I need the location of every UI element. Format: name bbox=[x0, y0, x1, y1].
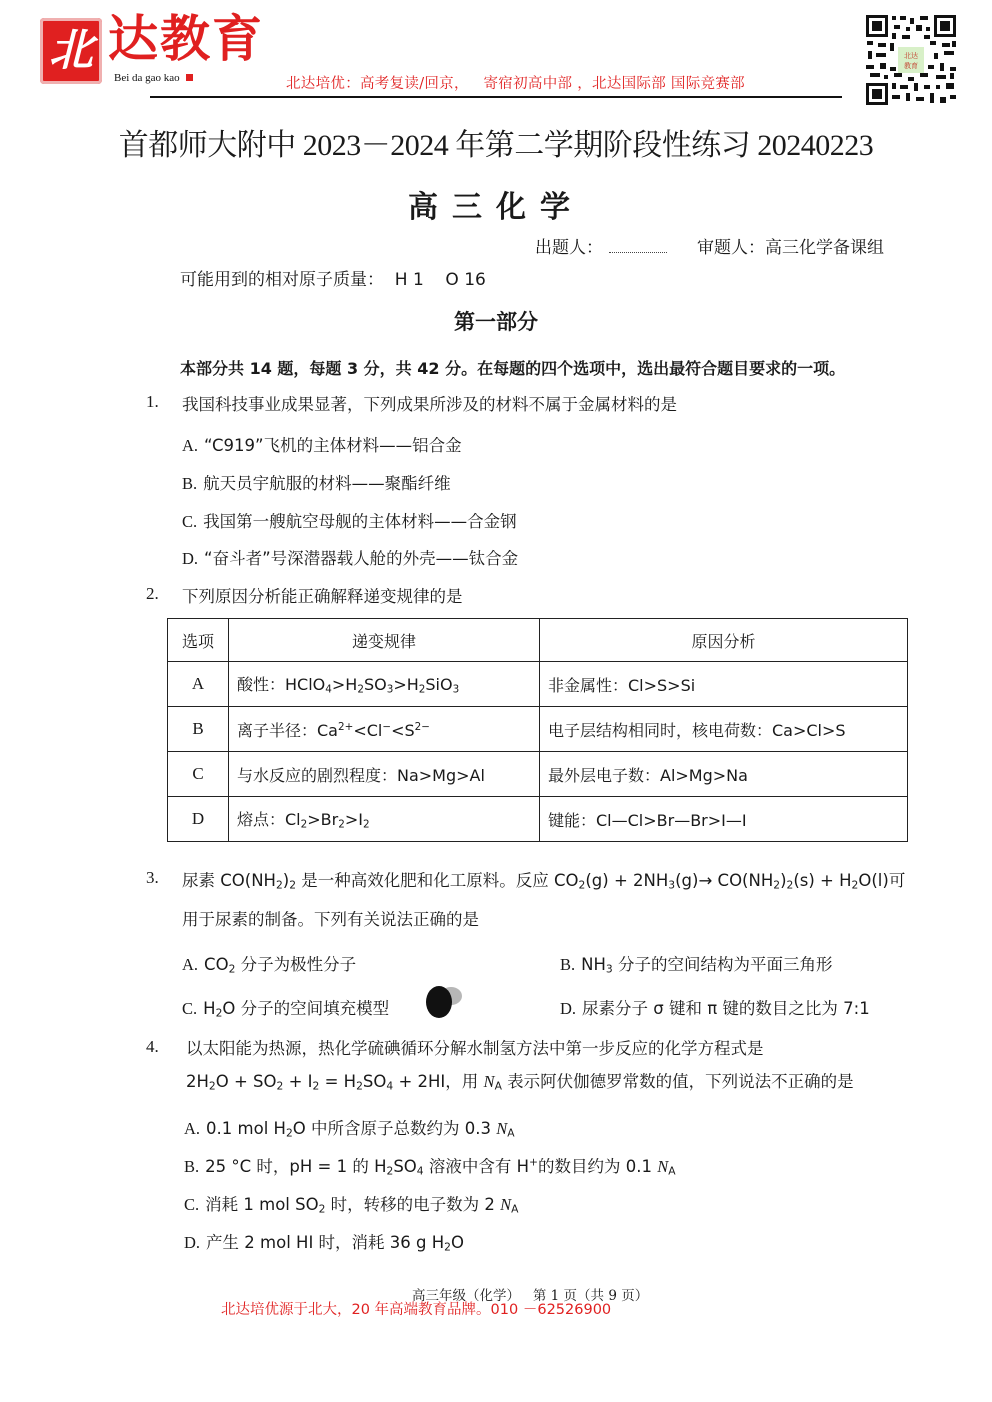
author-label: 出题人： bbox=[535, 238, 603, 258]
option-a: A.0.1 mol H2O 中所含原子总数约为 0.3 NA bbox=[184, 1115, 515, 1140]
option-b: B.25 °C 时，pH = 1 的 H2SO4 溶液中含有 H+的数目约为 0… bbox=[184, 1153, 676, 1178]
option-text: “奋斗者”号深潜器载人舱的外壳——钛合金 bbox=[204, 549, 518, 568]
option-text: 尿素分子 σ 键和 π 键的数目之比为 7:1 bbox=[582, 999, 870, 1018]
option-c: C.我国第一艘航空母舰的主体材料——合金钢 bbox=[182, 508, 517, 532]
option-letter: D. bbox=[182, 549, 198, 568]
table-cell-reason: 键能：Cl—Cl>Br—Br>I—I bbox=[540, 797, 908, 842]
option-d: D.尿素分子 σ 键和 π 键的数目之比为 7:1 bbox=[560, 995, 870, 1019]
table-cell-rule: 离子半径：Ca2+<Cl−<S2− bbox=[229, 707, 540, 752]
question-number: 1. bbox=[146, 392, 159, 412]
header-slogan: 北达培优：高考复读/回京， 寄宿初高中部 ，北达国际部 国际竞赛部 bbox=[286, 72, 745, 93]
question-number: 4. bbox=[146, 1037, 159, 1057]
table-cell-rule: 与水反应的剧烈程度：Na>Mg>Al bbox=[229, 752, 540, 797]
header-divider bbox=[150, 96, 842, 98]
table-cell-reason: 最外层电子数：Al>Mg>Na bbox=[540, 752, 908, 797]
logo-subtitle-text: Bei da gao kao bbox=[114, 72, 180, 84]
author-line: 出题人：审题人：高三化学备课组 bbox=[535, 233, 884, 258]
question-stem-line1: 尿素 CO(NH2)2 是一种高效化肥和化工原料。反应 CO2(g) + 2NH… bbox=[182, 867, 905, 892]
question-stem-line2: 2H2O + SO2 + I2 = H2SO4 + 2HI，用 NA 表示阿伏伽… bbox=[186, 1068, 854, 1093]
table-row: C 与水反应的剧烈程度：Na>Mg>Al 最外层电子数：Al>Mg>Na bbox=[168, 752, 908, 797]
table-cell-option: C bbox=[168, 752, 229, 797]
table-cell-option: B bbox=[168, 707, 229, 752]
option-a: A.“C919”飞机的主体材料——铝合金 bbox=[182, 432, 462, 456]
atomic-masses: 可能用到的相对原子质量： H 1 O 16 bbox=[180, 265, 486, 290]
option-letter: A. bbox=[182, 955, 198, 974]
reviewer-name: 高三化学备课组 bbox=[765, 238, 884, 258]
option-text: 我国第一艘航空母舰的主体材料——合金钢 bbox=[203, 512, 517, 531]
option-b: B.NH3 分子的空间结构为平面三角形 bbox=[560, 951, 832, 976]
table-cell-option: D bbox=[168, 797, 229, 842]
table-row: D 熔点：Cl2>Br2>I2 键能：Cl—Cl>Br—Br>I—I bbox=[168, 797, 908, 842]
option-letter: B. bbox=[182, 474, 197, 493]
table-cell-rule: 熔点：Cl2>Br2>I2 bbox=[229, 797, 540, 842]
water-molecule-model-icon bbox=[425, 982, 465, 1022]
exam-title: 首都师大附中 2023－2024 年第二学期阶段性练习 20240223 bbox=[0, 120, 992, 164]
question-2-table: 选项 递变规律 原因分析 A 酸性：HClO4>H2SO3>H2SiO3 非金属… bbox=[167, 618, 908, 842]
author-blank bbox=[609, 242, 667, 253]
table-cell-option: A bbox=[168, 662, 229, 707]
option-letter: A. bbox=[182, 436, 198, 455]
option-c: C.H2O 分子的空间填充模型 bbox=[182, 995, 389, 1020]
option-letter: A. bbox=[184, 1119, 200, 1138]
option-a: A.CO2 分子为极性分子 bbox=[182, 951, 356, 976]
table-header: 选项 bbox=[168, 619, 229, 662]
table-header: 递变规律 bbox=[229, 619, 540, 662]
question-stem: 我国科技事业成果显著，下列成果所涉及的材料不属于金属材料的是 bbox=[182, 391, 677, 415]
reviewer-label: 审题人： bbox=[697, 238, 765, 258]
section-title: 第一部分 bbox=[0, 306, 992, 336]
option-letter: B. bbox=[184, 1157, 199, 1176]
option-letter: C. bbox=[184, 1195, 199, 1214]
option-letter: B. bbox=[560, 955, 575, 974]
table-header: 原因分析 bbox=[540, 619, 908, 662]
table-row: B 离子半径：Ca2+<Cl−<S2− 电子层结构相同时，核电荷数：Ca>Cl>… bbox=[168, 707, 908, 752]
table-row: A 酸性：HClO4>H2SO3>H2SiO3 非金属性：Cl>S>Si bbox=[168, 662, 908, 707]
question-stem: 下列原因分析能正确解释递变规律的是 bbox=[182, 583, 463, 607]
question-stem-line2: 用于尿素的制备。下列有关说法正确的是 bbox=[182, 906, 479, 930]
footer-advertisement: 北达培优源于北大，20 年高端教育品牌。010 －62526900 bbox=[221, 1298, 611, 1319]
table-cell-rule: 酸性：HClO4>H2SO3>H2SiO3 bbox=[229, 662, 540, 707]
option-letter: C. bbox=[182, 512, 197, 531]
question-stem-line1: 以太阳能为热源，热化学硫碘循环分解水制氢方法中第一步反应的化学方程式是 bbox=[186, 1035, 764, 1059]
question-number: 2. bbox=[146, 584, 159, 604]
option-d: D.“奋斗者”号深潜器载人舱的外壳——钛合金 bbox=[182, 545, 518, 569]
option-c: C.消耗 1 mol SO2 时，转移的电子数为 2 NA bbox=[184, 1191, 519, 1216]
table-cell-reason: 电子层结构相同时，核电荷数：Ca>Cl>S bbox=[540, 707, 908, 752]
logo-subtitle: Bei da gao kao bbox=[114, 72, 193, 84]
option-text: “C919”飞机的主体材料——铝合金 bbox=[204, 436, 462, 455]
qr-code-icon: 北达 教育 bbox=[864, 13, 958, 107]
option-letter: D. bbox=[184, 1233, 200, 1252]
option-d: D.产生 2 mol HI 时，消耗 36 g H2O bbox=[184, 1229, 464, 1254]
question-number: 3. bbox=[146, 868, 159, 888]
option-text: 航天员宇航服的材料——聚酯纤维 bbox=[203, 474, 451, 493]
svg-text:教育: 教育 bbox=[904, 61, 918, 70]
option-letter: C. bbox=[182, 999, 197, 1018]
logo-text: 达教育 bbox=[108, 14, 264, 64]
svg-text:北达: 北达 bbox=[904, 51, 918, 60]
option-b: B.航天员宇航服的材料——聚酯纤维 bbox=[182, 470, 451, 494]
table-cell-reason: 非金属性：Cl>S>Si bbox=[540, 662, 908, 707]
logo-char: 北 bbox=[49, 29, 93, 73]
table-header-row: 选项 递变规律 原因分析 bbox=[168, 619, 908, 662]
section-instructions: 本部分共 14 题，每题 3 分，共 42 分。在每题的四个选项中，选出最符合题… bbox=[180, 356, 845, 379]
square-icon bbox=[186, 74, 193, 81]
subject-title: 高三化学 bbox=[0, 182, 992, 226]
option-letter: D. bbox=[560, 999, 576, 1018]
logo-mark: 北 bbox=[40, 18, 102, 84]
